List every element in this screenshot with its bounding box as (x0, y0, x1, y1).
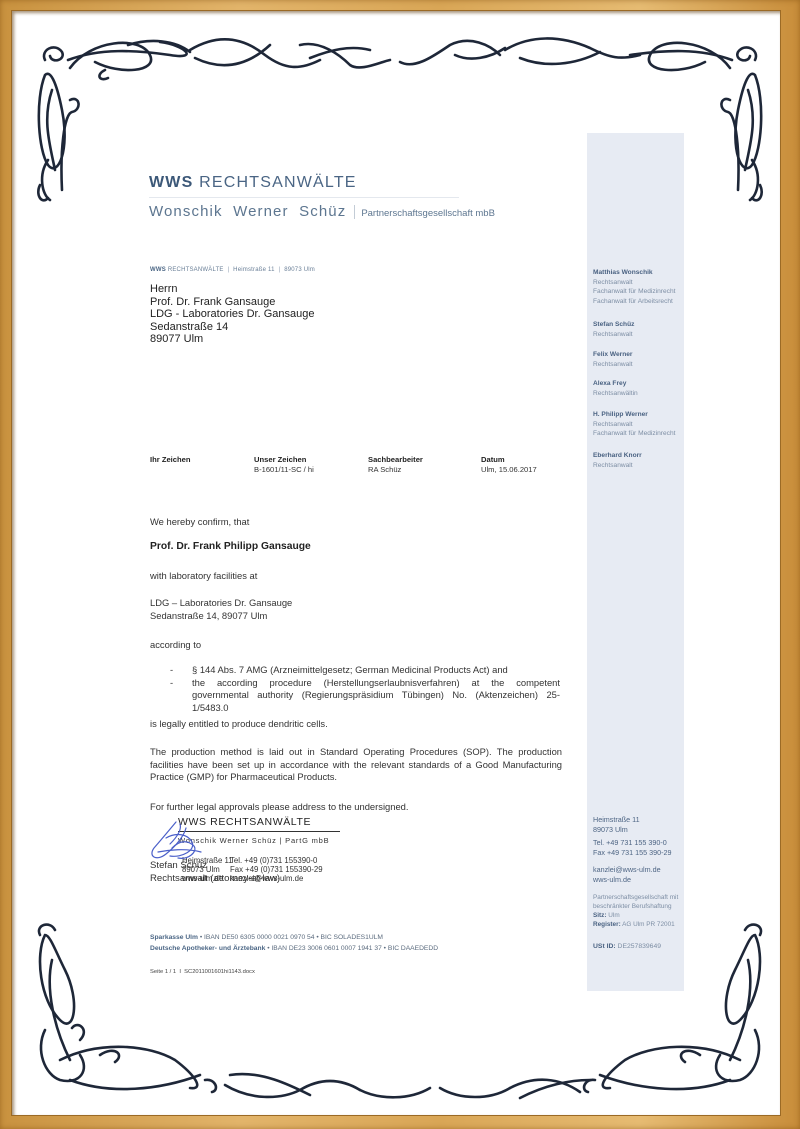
separator: | (279, 267, 281, 273)
reference-value: RA Schüz (368, 465, 423, 475)
legal-form: beschränkter Berufshaftung (593, 902, 678, 911)
sitz-value: Ulm (608, 912, 619, 919)
bank-name: Deutsche Apotheker- und Ärztebank (150, 945, 265, 952)
recipient-address: Herrn Prof. Dr. Frank Gansauge LDG - Lab… (150, 283, 314, 346)
sidebar-panel (587, 133, 684, 991)
reference-our-sign: Unser Zeichen B-1601/11-SC / hi (254, 455, 314, 475)
recipient-name: Prof. Dr. Frank Gansauge (150, 296, 314, 309)
sitz-label: Sitz: (593, 912, 607, 919)
sidebar-sitz: Sitz: Ulm (593, 911, 678, 920)
vat-value: DE257839649 (618, 943, 661, 950)
sender-line: WWS RECHTSANWÄLTE | Heimstraße 11 | 8907… (150, 267, 315, 273)
separator (354, 205, 355, 219)
sidebar-website-link[interactable]: wws-ulm.de (593, 875, 661, 885)
register-value: AG Ulm PR 72001 (622, 921, 675, 928)
letterhead-brand: WWS RECHTSANWÄLTE (149, 174, 357, 192)
legal-entity: Partnerschaftsgesellschaft mbB (361, 208, 495, 219)
sidebar-legal: Partnerschaftsgesellschaft mit beschränk… (593, 893, 678, 929)
separator: | (228, 267, 230, 273)
sidebar-lawyer: Eberhard Knorr Rechtsanwalt (593, 451, 642, 470)
list-item: - § 144 Abs. 7 AMG (Arzneimittelgesetz; … (170, 664, 560, 677)
sidebar-phones: Tel. +49 731 155 390-0 Fax +49 731 155 3… (593, 838, 672, 858)
lawyer-title: Rechtsanwalt (593, 360, 633, 370)
sender-street: Heimstraße 11 (233, 267, 275, 273)
letterhead-divider (149, 197, 459, 198)
recipient-street: Sedanstraße 14 (150, 321, 314, 334)
reference-label: Sachbearbeiter (368, 455, 423, 465)
sidebar-street: Heimstraße 11 (593, 815, 640, 825)
reference-clerk: Sachbearbeiter RA Schüz (368, 455, 423, 475)
list-item-text: the according procedure (Herstellungserl… (192, 677, 560, 715)
lawyer-title: Fachanwalt für Arbeitsrecht (593, 297, 675, 307)
brand-bold: WWS (149, 174, 193, 191)
further-approvals-text: For further legal approvals please addre… (150, 801, 550, 814)
lawyer-name: Stefan Schüz (593, 320, 634, 330)
brand-rest: RECHTSANWÄLTE (199, 174, 357, 191)
list-item: - the according procedure (Herstellungse… (170, 677, 560, 715)
list-item-text: § 144 Abs. 7 AMG (Arzneimittelgesetz; Ge… (192, 664, 508, 677)
sidebar-lawyer: Felix Werner Rechtsanwalt (593, 350, 633, 369)
lawyer-title: Rechtsanwalt (593, 461, 642, 471)
vat-label: USt ID: (593, 943, 616, 950)
sidebar-fax: Fax +49 731 155 390-29 (593, 848, 672, 858)
lawyer-name: Eberhard Knorr (593, 451, 642, 461)
bullet-dash: - (170, 664, 192, 677)
lab-name: LDG – Laboratories Dr. Gansauge (150, 597, 550, 610)
sidebar-lawyer: Stefan Schüz Rechtsanwalt (593, 320, 634, 339)
intro-text: We hereby confirm, that (150, 516, 550, 529)
sidebar-address: Heimstraße 11 89073 Ulm (593, 815, 640, 835)
sidebar-email-link[interactable]: kanzlei@wws-ulm.de (593, 865, 661, 875)
reference-date: Datum Ulm, 15.06.2017 (481, 455, 537, 475)
legal-form: Partnerschaftsgesellschaft mit (593, 893, 678, 902)
reference-label: Ihr Zeichen (150, 455, 191, 465)
lawyer-name: H. Philipp Werner (593, 410, 675, 420)
sidebar-web: kanzlei@wws-ulm.de wws-ulm.de (593, 865, 661, 885)
bank-name: Sparkasse Ulm (150, 934, 198, 941)
partner-names: Wonschik Werner Schüz (149, 203, 346, 220)
facilities-intro: with laboratory facilities at (150, 570, 550, 583)
according-text: according to (150, 639, 550, 652)
bank-details: Sparkasse Ulm • IBAN DE50 6305 0000 0021… (150, 932, 438, 954)
register-label: Register: (593, 921, 621, 928)
lab-address: Sedanstraße 14, 89077 Ulm (150, 610, 550, 623)
sidebar-vat: USt ID: DE257839649 (593, 942, 661, 952)
sender-brand-bold: WWS (150, 267, 166, 273)
certified-person: Prof. Dr. Frank Philipp Gansauge (150, 541, 550, 554)
lawyer-name: Matthias Wonschik (593, 268, 675, 278)
bank-line: Sparkasse Ulm • IBAN DE50 6305 0000 0021… (150, 932, 438, 943)
sidebar-lawyer: H. Philipp Werner Rechtsanwalt Fachanwal… (593, 410, 675, 439)
lawyer-title: Fachanwalt für Medizinrecht (593, 287, 675, 297)
bank-account: • IBAN DE23 3006 0601 0007 1941 37 • BIC… (267, 945, 438, 952)
bank-account: • IBAN DE50 6305 0000 0021 0970 54 • BIC… (200, 934, 383, 941)
letterhead-partners: Wonschik Werner SchüzPartnerschaftsgesel… (149, 203, 495, 220)
recipient-city: 89077 Ulm (150, 333, 314, 346)
sender-brand-rest: RECHTSANWÄLTE (168, 267, 224, 273)
recipient-salutation: Herrn (150, 283, 314, 296)
sender-city: 89073 Ulm (284, 267, 315, 273)
reference-your-sign: Ihr Zeichen (150, 455, 191, 465)
lawyer-name: Felix Werner (593, 350, 633, 360)
reference-label: Datum (481, 455, 537, 465)
bank-line: Deutsche Apotheker- und Ärztebank • IBAN… (150, 943, 438, 954)
production-text: The production method is laid out in Sta… (150, 746, 562, 784)
lawyer-title: Rechtsanwalt (593, 278, 675, 288)
bullet-dash: - (170, 677, 192, 715)
lawyer-title: Rechtsanwältin (593, 389, 638, 399)
sidebar-register: Register: AG Ulm PR 72001 (593, 920, 678, 929)
lawyer-title: Rechtsanwalt (593, 420, 675, 430)
reference-label: Unser Zeichen (254, 455, 314, 465)
recipient-company: LDG - Laboratories Dr. Gansauge (150, 308, 314, 321)
sidebar-city: 89073 Ulm (593, 825, 640, 835)
lawyer-name: Alexa Frey (593, 379, 638, 389)
signature-icon (146, 818, 216, 866)
sidebar-tel: Tel. +49 731 155 390-0 (593, 838, 672, 848)
legal-basis-list: - § 144 Abs. 7 AMG (Arzneimittelgesetz; … (170, 664, 560, 714)
page-footer: Seite 1 / 1 I SC2011001601hi1143.docx (150, 969, 255, 975)
lab-block: LDG – Laboratories Dr. Gansauge Sedanstr… (150, 597, 550, 622)
entitlement-text: is legally entitled to produce dendritic… (150, 718, 550, 731)
lawyer-title: Fachanwalt für Medizinrecht (593, 429, 675, 439)
reference-value: B-1601/11-SC / hi (254, 465, 314, 475)
sidebar-lawyer: Alexa Frey Rechtsanwältin (593, 379, 638, 398)
sidebar-lawyer: Matthias Wonschik Rechtsanwalt Fachanwal… (593, 268, 675, 306)
reference-value: Ulm, 15.06.2017 (481, 465, 537, 475)
signer-title: Rechtsanwalt (attorney-at-law) (150, 873, 280, 886)
lawyer-title: Rechtsanwalt (593, 330, 634, 340)
